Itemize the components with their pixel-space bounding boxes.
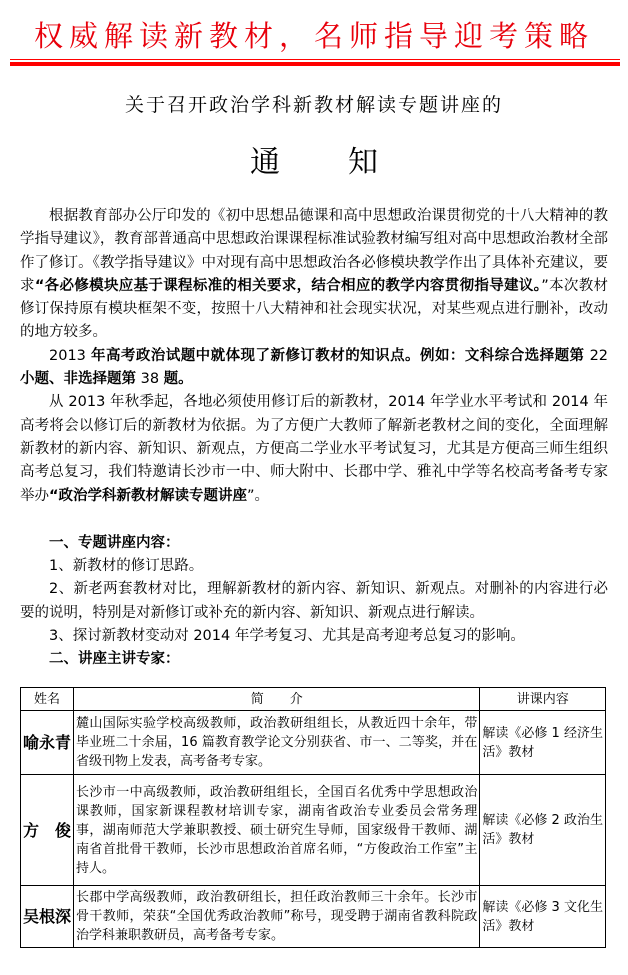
banner-slogan: 权威解读新教材，名师指导迎考策略 <box>0 18 628 54</box>
notice-body: 根据教育部办公厅印发的《初中思想品德课和高中思想政治课贯彻党的十八大精神的教学指… <box>20 205 608 672</box>
emphasis-text: “政治学科新教材解读专题讲座 <box>49 488 247 504</box>
emphasis-text: 小题、非选择题第 <box>20 371 136 387</box>
emphasis-text: 年高考政治试题中就体现了新修订教材的知识点。例如：文科综合选择题第 <box>91 348 585 364</box>
red-divider-thick <box>10 62 620 66</box>
table-row: 喻永青 麓山国际实验学校高级教师，政治教研组组长，从教近四十余年，带毕业班二十余… <box>21 711 606 775</box>
section-heading-experts: 二、讲座主讲专家： <box>20 648 608 671</box>
expert-intro: 长沙市一中高级教师，政治教研组组长，全国百名优秀中学思想政治课教师，国家新课程教… <box>74 775 480 886</box>
text: 2013 <box>49 348 86 364</box>
table-header-row: 姓名 简 介 讲课内容 <box>21 688 606 711</box>
table-row: 吴根深 长郡中学高级教师，政治教研组长，担任政治教师三十余年。长沙市骨干教师，荣… <box>21 886 606 948</box>
experts-table: 姓名 简 介 讲课内容 喻永青 麓山国际实验学校高级教师，政治教研组组长，从教近… <box>20 687 606 948</box>
notice-subtitle: 关于召开政治学科新教材解读专题讲座的 <box>0 90 628 117</box>
expert-intro: 麓山国际实验学校高级教师，政治教研组组长，从教近四十余年，带毕业班二十余届，16… <box>74 711 480 775</box>
expert-course: 解读《必修 3 文化生活》教材 <box>480 886 606 948</box>
expert-name: 喻永青 <box>21 711 74 775</box>
paragraph-3: 从 2013 年秋季起，各地必须使用修订后的新教材，2014 年学业水平考试和 … <box>20 391 608 507</box>
emphasis-text: “各必修模块应基于课程标准的相关要求，结合相应的教学内容贯彻指导建议。 <box>35 278 541 294</box>
table-row: 方 俊 长沙市一中高级教师，政治教研组组长，全国百名优秀中学思想政治课教师，国家… <box>21 775 606 886</box>
text: ”。 <box>247 488 269 504</box>
notice-title: 通知 <box>0 137 628 181</box>
header-intro: 简 介 <box>74 688 480 711</box>
spacer <box>20 508 608 532</box>
expert-name: 方 俊 <box>21 775 74 886</box>
red-divider-thin <box>10 59 620 60</box>
content-item: 2、新老两套教材对比，理解新教材的新内容、新知识、新观点。对删补的内容进行必要的… <box>20 578 608 625</box>
header-name: 姓名 <box>21 688 74 711</box>
section-heading-content: 一、专题讲座内容： <box>20 532 608 555</box>
paragraph-1: 根据教育部办公厅印发的《初中思想品德课和高中思想政治课贯彻党的十八大精神的教学指… <box>20 205 608 345</box>
emphasis-text: 题。 <box>164 371 193 387</box>
expert-name: 吴根深 <box>21 886 74 948</box>
content-item: 3、探讨新教材变动对 2014 年学考复习、尤其是高考迎考总复习的影响。 <box>20 625 608 648</box>
paragraph-2: 2013 年高考政治试题中就体现了新修订教材的知识点。例如：文科综合选择题第 2… <box>20 345 608 392</box>
expert-course: 解读《必修 2 政治生活》教材 <box>480 775 606 886</box>
expert-intro: 长郡中学高级教师，政治教研组长，担任政治教师三十余年。长沙市骨干教师，荣获“全国… <box>74 886 480 948</box>
header-course: 讲课内容 <box>480 688 606 711</box>
text: 38 <box>141 371 159 387</box>
title-char: 通 <box>250 137 280 181</box>
expert-course: 解读《必修 1 经济生活》教材 <box>480 711 606 775</box>
content-item: 1、新教材的修订思路。 <box>20 555 608 578</box>
title-char: 知 <box>348 137 378 181</box>
text: 22 <box>590 348 608 364</box>
